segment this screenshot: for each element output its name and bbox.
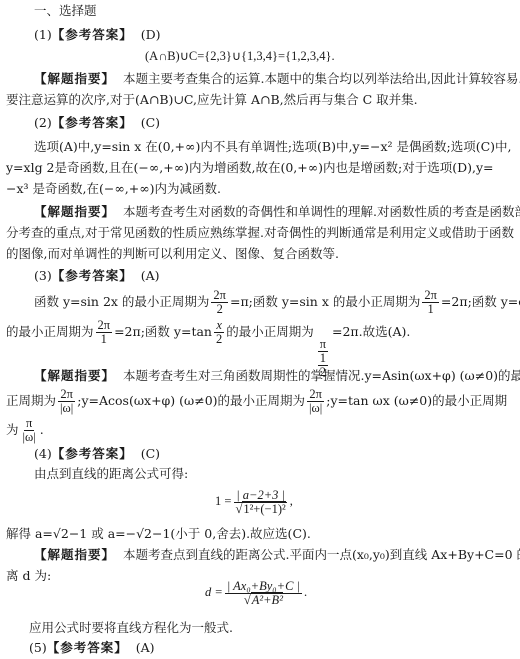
numerator: π <box>318 338 328 352</box>
q4-hint-line1: 【解题指要】 本题考查点到直线的距离公式.平面内一点(x₀,y₀)到直线 Ax+… <box>34 547 520 563</box>
q2-body-line1: 选项(A)中,y=sin x 在(0,+∞)内不具有单调性;选项(B)中,y=−… <box>34 139 512 155</box>
text: =2π.故选(A). <box>332 324 410 339</box>
q2-number: (2) <box>34 115 52 130</box>
q4-answer-line: (4)【参考答案】 (C) <box>34 446 160 462</box>
text: . <box>304 585 307 599</box>
q3-body-line1: 函数 y=sin 2x 的最小正周期为2π2=π;函数 y=sin x 的最小正… <box>34 288 520 316</box>
fraction: | Ax₀+By₀+C |√A²+B² <box>225 580 302 607</box>
q4-answer-label: 【参考答案】 <box>52 446 133 461</box>
q5-number: (5) <box>29 640 47 655</box>
q5-answer-line: (5)【参考答案】 (A) <box>29 640 154 656</box>
numerator: 2π <box>96 319 113 333</box>
denominator: |ω| <box>307 402 324 415</box>
denominator: 1 <box>426 303 436 316</box>
q2-hint-line2: 分考查的重点,对于常见函数的性质应熟练掌握.对奇偶性的判断通常是利用定义或借助于… <box>6 225 514 241</box>
q4-distance-formula: d =| Ax₀+By₀+C |√A²+B². <box>205 575 307 609</box>
q1-hint-text: 本题主要考查集合的运算.本题中的集合均以列举法给出,因此计算较容易. <box>123 71 520 86</box>
denominator: √A²+B² <box>242 594 285 607</box>
q4-hint-label: 【解题指要】 <box>34 547 115 562</box>
text: =2π;函数 y=tan <box>114 324 212 339</box>
q1-answer-label: 【参考答案】 <box>52 27 133 42</box>
fraction: 2π|ω| <box>58 388 75 415</box>
numerator: π <box>24 417 34 431</box>
equation-lhs: 1 = <box>215 494 231 508</box>
q3-answer-line: (3)【参考答案】 (A) <box>34 268 159 284</box>
numerator: 2π <box>422 289 439 303</box>
q2-body-line3: −x³ 是奇函数,在(−∞,+∞)内为减函数. <box>6 181 221 197</box>
q4-closing: 应用公式时要将直线方程化为一般式. <box>29 620 233 636</box>
text: 正周期为 <box>6 393 56 408</box>
q1-formula: (A∩B)∪C={2,3}∪{1,3,4}={1,2,3,4}. <box>145 48 335 64</box>
numerator: x <box>214 319 224 333</box>
q1-answer: (D) <box>141 27 161 42</box>
q1-number: (1) <box>34 27 52 42</box>
q2-hint-text: 本题考查考生对函数的奇偶性和单调性的理解.对函数性质的考查是函数部 <box>123 204 520 219</box>
inner-numerator: 1 <box>318 352 328 366</box>
fraction: 2π|ω| <box>307 388 324 415</box>
denominator: |ω| <box>58 402 75 415</box>
fraction: 2π1 <box>422 289 439 316</box>
text: . <box>40 422 44 437</box>
denominator: 2 <box>214 333 224 346</box>
text: ;y=tan ωx (ω≠0)的最小正周期 <box>326 393 507 408</box>
q3-hint-line1: 【解题指要】 本题考查考生对三角函数周期性的掌握情况.y=Asin(ωx+φ) … <box>34 368 520 384</box>
q3-answer-label: 【参考答案】 <box>52 268 133 283</box>
numerator: 2π <box>211 289 228 303</box>
denominator: 1 <box>99 333 109 346</box>
denominator: √1²+(−1)² <box>233 503 287 516</box>
formula-lhs: d = <box>205 585 223 599</box>
text: ;y=Acos(ωx+φ) (ω≠0)的最小正周期为 <box>77 393 305 408</box>
q2-hint-line3: 的图像,而对单调性的判断可以利用定义、图像、复合函数等. <box>6 246 339 262</box>
fraction: | a−2+3 |√1²+(−1)² <box>233 489 287 516</box>
section-title: 一、选择题 <box>34 3 97 19</box>
q1-answer-line: (1)【参考答案】 (D) <box>34 27 160 43</box>
q3-hint-label: 【解题指要】 <box>34 368 115 383</box>
q2-hint-label: 【解题指要】 <box>34 204 115 219</box>
q3-hint-text: 本题考查考生对三角函数周期性的掌握情况.y=Asin(ωx+φ) (ω≠0)的最… <box>123 368 520 383</box>
radicand: 1²+(−1)² <box>242 501 285 516</box>
denominator: 2 <box>215 303 225 316</box>
radicand: A²+B² <box>251 592 283 607</box>
text: 函数 y=sin 2x 的最小正周期为 <box>34 294 209 309</box>
q4-number: (4) <box>34 446 52 461</box>
q2-answer-label: 【参考答案】 <box>52 115 133 130</box>
q1-hint-line1: 【解题指要】 本题主要考查集合的运算.本题中的集合均以列举法给出,因此计算较容易… <box>34 71 520 87</box>
q5-answer-label: 【参考答案】 <box>47 640 128 655</box>
q4-hint-text: 本题考查点到直线的距离公式.平面内一点(x₀,y₀)到直线 Ax+By+C=0 … <box>123 547 520 562</box>
q2-hint-line1: 【解题指要】 本题考查考生对函数的奇偶性和单调性的理解.对函数性质的考查是函数部 <box>34 204 520 220</box>
q3-hint-line3: 为π|ω|. <box>6 416 44 444</box>
q4-solve: 解得 a=√2−1 或 a=−√2−1(小于 0,舍去).故应选(C). <box>6 526 311 542</box>
numerator: 2π <box>307 388 324 402</box>
text: 为 <box>6 422 19 437</box>
text: 的最小正周期为 <box>226 324 314 339</box>
fraction: x2 <box>214 319 224 346</box>
q2-body-line2: y=xlg 2是奇函数,且在(−∞,+∞)内为增函数,故在(0,+∞)内也是增函… <box>6 160 494 176</box>
q5-answer: (A) <box>136 640 155 655</box>
text: , <box>290 494 293 508</box>
fraction: 2π1 <box>96 319 113 346</box>
q3-hint-line2: 正周期为2π|ω|;y=Acos(ωx+φ) (ω≠0)的最小正周期为2π|ω|… <box>6 387 507 415</box>
text: 的最小正周期为 <box>6 324 94 339</box>
q3-number: (3) <box>34 268 52 283</box>
q4-hint-line2: 离 d 为: <box>6 568 51 584</box>
q4-intro: 由点到直线的距离公式可得: <box>34 466 188 482</box>
text: =π;函数 y=sin x 的最小正周期为 <box>230 294 420 309</box>
q2-answer: (C) <box>141 115 160 130</box>
q3-answer: (A) <box>141 268 160 283</box>
q1-hint-label: 【解题指要】 <box>34 71 115 86</box>
q4-answer: (C) <box>141 446 160 461</box>
fraction: 2π2 <box>211 289 228 316</box>
fraction: π|ω| <box>21 417 38 444</box>
q2-answer-line: (2)【参考答案】 (C) <box>34 115 160 131</box>
q1-hint-line2: 要注意运算的次序,对于(A∩B)∪C,应先计算 A∩B,然后再与集合 C 取并集… <box>6 92 418 108</box>
q4-equation: 1 =| a−2+3 |√1²+(−1)², <box>215 484 293 518</box>
text: =2π;函数 y=cos x <box>441 294 520 309</box>
denominator: |ω| <box>21 431 38 444</box>
numerator: 2π <box>58 388 75 402</box>
